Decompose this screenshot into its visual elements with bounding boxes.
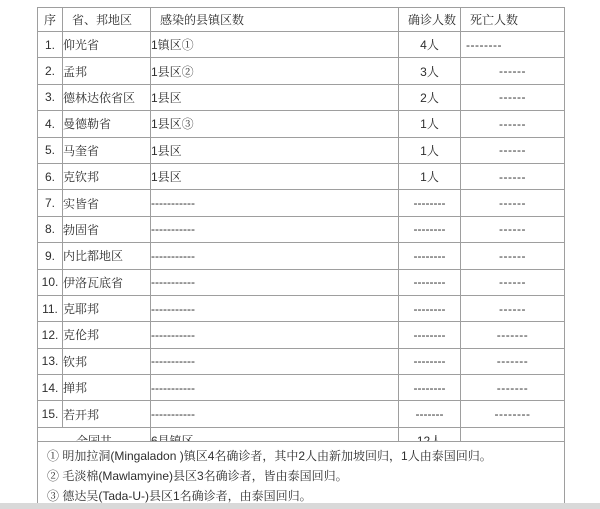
table-row: 2.孟邦1县区②3人------	[38, 58, 565, 84]
region-cell: 孟邦	[63, 58, 151, 84]
page-bottom-edge	[0, 503, 600, 509]
region-cell: 克伦邦	[63, 322, 151, 348]
table-row: 3.德林达依省区1县区2人------	[38, 84, 565, 110]
seq-cell: 14.	[38, 375, 63, 401]
deaths-cell: ------	[461, 137, 565, 163]
seq-cell: 2.	[38, 58, 63, 84]
deaths-cell: ------	[461, 216, 565, 242]
footnote-2: ② 毛淡棉(Mawlamyine)县区3名确诊者，皆由泰国回归。	[47, 466, 564, 486]
header-deaths: 死亡人数	[461, 8, 565, 32]
table-row: 4.曼德勒省1县区③1人------	[38, 111, 565, 137]
confirmed-cell: --------	[399, 322, 461, 348]
region-cell: 勃固省	[63, 216, 151, 242]
deaths-cell: ------	[461, 111, 565, 137]
deaths-cell: ------	[461, 269, 565, 295]
region-cell: 若开邦	[63, 401, 151, 427]
townships-cell: -----------	[151, 401, 399, 427]
townships-cell: -----------	[151, 243, 399, 269]
townships-cell: 1县区②	[151, 58, 399, 84]
infection-table: 序 省、邦地区 感染的县镇区数 确诊人数 死亡人数 1.仰光省1镇区①4人---…	[37, 7, 565, 455]
seq-cell: 10.	[38, 269, 63, 295]
townships-cell: 1县区	[151, 137, 399, 163]
header-confirmed: 确诊人数	[399, 8, 461, 32]
header-region: 省、邦地区	[63, 8, 151, 32]
seq-cell: 7.	[38, 190, 63, 216]
region-cell: 曼德勒省	[63, 111, 151, 137]
townships-cell: -----------	[151, 216, 399, 242]
confirmed-cell: --------	[399, 295, 461, 321]
region-cell: 德林达依省区	[63, 84, 151, 110]
townships-cell: 1县区	[151, 84, 399, 110]
confirmed-cell: -------	[399, 401, 461, 427]
region-cell: 掸邦	[63, 375, 151, 401]
deaths-cell: ------	[461, 84, 565, 110]
deaths-cell: -------	[461, 348, 565, 374]
region-cell: 仰光省	[63, 32, 151, 58]
confirmed-cell: 4人	[399, 32, 461, 58]
townships-cell: -----------	[151, 322, 399, 348]
seq-cell: 8.	[38, 216, 63, 242]
seq-cell: 3.	[38, 84, 63, 110]
confirmed-cell: --------	[399, 348, 461, 374]
townships-cell: -----------	[151, 375, 399, 401]
table-row: 13.钦邦--------------------------	[38, 348, 565, 374]
region-cell: 内比都地区	[63, 243, 151, 269]
region-cell: 实皆省	[63, 190, 151, 216]
region-cell: 伊洛瓦底省	[63, 269, 151, 295]
header-row: 序 省、邦地区 感染的县镇区数 确诊人数 死亡人数	[38, 8, 565, 32]
deaths-cell: ------	[461, 243, 565, 269]
seq-cell: 9.	[38, 243, 63, 269]
townships-cell: 1县区③	[151, 111, 399, 137]
table-row: 9.内比都地区-------------------------	[38, 243, 565, 269]
footnotes-box: ① 明加拉洞(Mingaladon )镇区4名确诊者，其中2人由新加坡回归，1人…	[37, 441, 565, 504]
table-row: 1.仰光省1镇区①4人--------	[38, 32, 565, 58]
seq-cell: 5.	[38, 137, 63, 163]
deaths-cell: ------	[461, 58, 565, 84]
confirmed-cell: --------	[399, 269, 461, 295]
confirmed-cell: 3人	[399, 58, 461, 84]
deaths-cell: ------	[461, 295, 565, 321]
seq-cell: 15.	[38, 401, 63, 427]
seq-cell: 4.	[38, 111, 63, 137]
region-cell: 克钦邦	[63, 163, 151, 189]
table-row: 12.克伦邦--------------------------	[38, 322, 565, 348]
confirmed-cell: --------	[399, 190, 461, 216]
table-row: 10.伊洛瓦底省-------------------------	[38, 269, 565, 295]
confirmed-cell: --------	[399, 243, 461, 269]
header-townships: 感染的县镇区数	[151, 8, 399, 32]
deaths-cell: ------	[461, 163, 565, 189]
region-cell: 钦邦	[63, 348, 151, 374]
seq-cell: 11.	[38, 295, 63, 321]
deaths-cell: -------	[461, 375, 565, 401]
townships-cell: -----------	[151, 269, 399, 295]
table-row: 11.克耶邦-------------------------	[38, 295, 565, 321]
deaths-cell: --------	[461, 32, 565, 58]
header-seq: 序	[38, 8, 63, 32]
confirmed-cell: 2人	[399, 84, 461, 110]
seq-cell: 12.	[38, 322, 63, 348]
seq-cell: 1.	[38, 32, 63, 58]
confirmed-cell: 1人	[399, 137, 461, 163]
seq-cell: 13.	[38, 348, 63, 374]
table-row: 5.马奎省1县区1人------	[38, 137, 565, 163]
region-cell: 克耶邦	[63, 295, 151, 321]
footnote-1: ① 明加拉洞(Mingaladon )镇区4名确诊者，其中2人由新加坡回归，1人…	[47, 446, 564, 466]
townships-cell: -----------	[151, 348, 399, 374]
townships-cell: -----------	[151, 190, 399, 216]
townships-cell: -----------	[151, 295, 399, 321]
townships-cell: 1县区	[151, 163, 399, 189]
table-row: 14.掸邦--------------------------	[38, 375, 565, 401]
table-row: 7.实皆省-------------------------	[38, 190, 565, 216]
table-row: 8.勃固省-------------------------	[38, 216, 565, 242]
confirmed-cell: --------	[399, 216, 461, 242]
region-cell: 马奎省	[63, 137, 151, 163]
deaths-cell: --------	[461, 401, 565, 427]
page: 序 省、邦地区 感染的县镇区数 确诊人数 死亡人数 1.仰光省1镇区①4人---…	[0, 0, 600, 509]
table-row: 15.若开邦--------------------------	[38, 401, 565, 427]
confirmed-cell: --------	[399, 375, 461, 401]
seq-cell: 6.	[38, 163, 63, 189]
townships-cell: 1镇区①	[151, 32, 399, 58]
confirmed-cell: 1人	[399, 163, 461, 189]
table-body: 1.仰光省1镇区①4人--------2.孟邦1县区②3人------3.德林达…	[38, 32, 565, 428]
table-row: 6.克钦邦1县区1人------	[38, 163, 565, 189]
deaths-cell: -------	[461, 322, 565, 348]
confirmed-cell: 1人	[399, 111, 461, 137]
deaths-cell: ------	[461, 190, 565, 216]
